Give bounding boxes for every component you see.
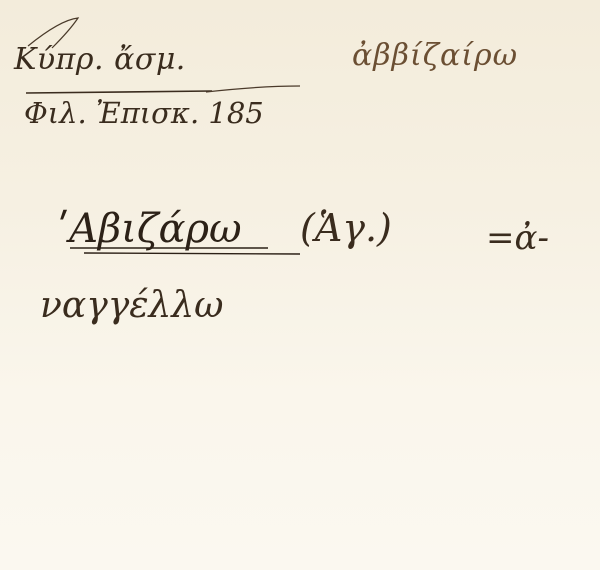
gloss-line-1: =ἀ- bbox=[486, 218, 549, 258]
gloss-line-2: ναγγέλλω bbox=[40, 285, 224, 326]
headword: ʹΑβιζάρω bbox=[58, 206, 242, 252]
lexicon-slip-card: Κύπρ. ἄσμ. Φιλ. Ἐπισκ. 185 ἀββίζαίρω ʹΑβ… bbox=[0, 0, 600, 570]
source-reference: Φιλ. Ἐπισκ. 185 bbox=[24, 96, 264, 130]
variant-form: ἀββίζαίρω bbox=[352, 38, 518, 73]
source-abbreviation: Κύπρ. ἄσμ. bbox=[14, 42, 186, 77]
region-abbreviation: (Ἁγ.) bbox=[300, 206, 392, 250]
